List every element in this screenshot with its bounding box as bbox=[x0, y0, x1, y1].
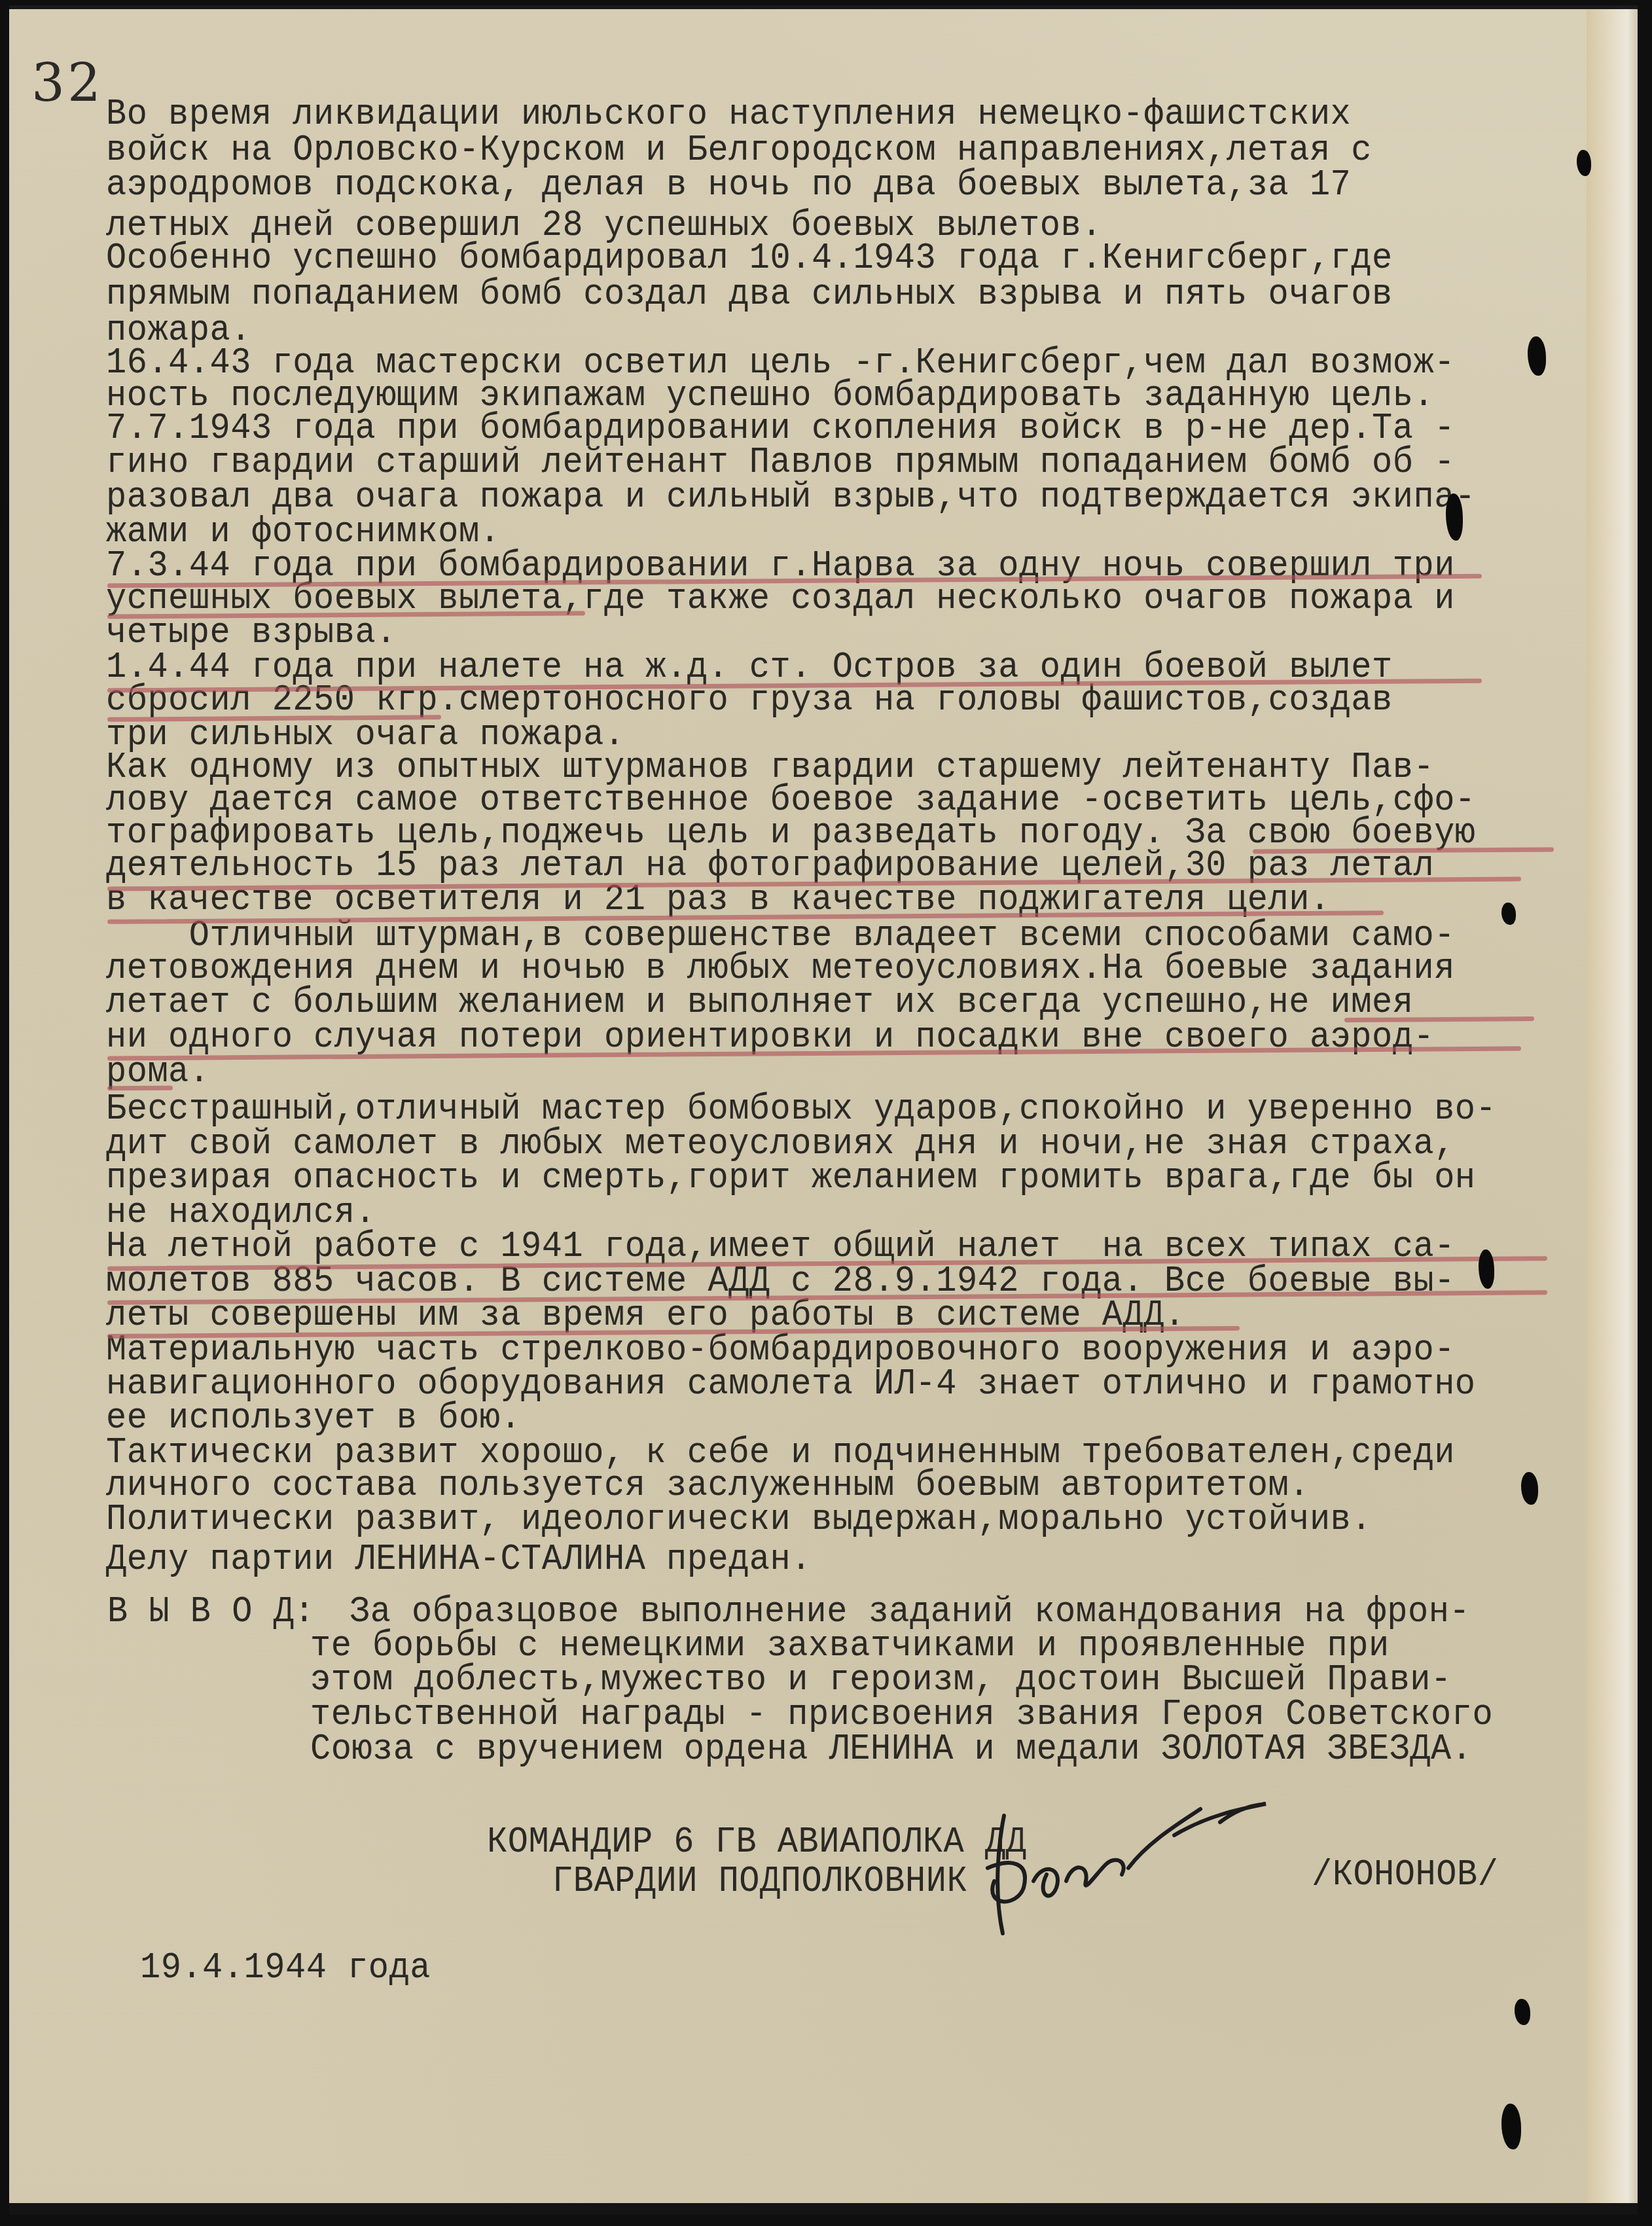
pencil-underline bbox=[107, 1086, 173, 1091]
punch-hole bbox=[1577, 150, 1591, 176]
scan-border bbox=[9, 2203, 1638, 2215]
pencil-underline bbox=[1344, 1016, 1534, 1022]
body-line: аэродромов подскока, делая в ночь по два… bbox=[106, 165, 1351, 206]
punch-hole bbox=[1528, 336, 1546, 376]
signature-title-2: ГВАРДИИ ПОДПОЛКОВНИК bbox=[552, 1861, 967, 1902]
handwritten-signature-icon bbox=[958, 1796, 1416, 1947]
punch-hole bbox=[1479, 1249, 1494, 1289]
page-edge bbox=[1587, 9, 1638, 2215]
body-line: Во время ликвидации июльского наступлени… bbox=[106, 94, 1351, 135]
punch-hole bbox=[1515, 1999, 1530, 2025]
punch-hole bbox=[1446, 494, 1463, 541]
body-line: Особенно успешно бомбардировал 10.4.1943… bbox=[106, 238, 1393, 279]
body-line: Делу партии ЛЕНИНА-СТАЛИНА предан. bbox=[106, 1539, 812, 1580]
punch-hole bbox=[1501, 903, 1516, 925]
body-line: прямым попаданием бомб создал два сильны… bbox=[106, 274, 1393, 315]
punch-hole bbox=[1521, 1472, 1538, 1505]
punch-hole bbox=[1501, 2104, 1521, 2149]
body-line: Политически развит, идеологически выдерж… bbox=[106, 1499, 1372, 1540]
document-page: 32 Во время ликвидации июльского наступл… bbox=[9, 5, 1638, 2215]
signature-title-1: КОМАНДИР 6 ГВ АВИАПОЛКА ДД bbox=[487, 1822, 1026, 1863]
document-date: 19.4.1944 года bbox=[140, 1948, 431, 1988]
conclusion-label: В Ы В О Д: bbox=[107, 1592, 315, 1632]
conclusion-line: Союза с вручением ордена ЛЕНИНА и медали… bbox=[310, 1729, 1472, 1770]
page-number: 32 bbox=[31, 52, 103, 113]
